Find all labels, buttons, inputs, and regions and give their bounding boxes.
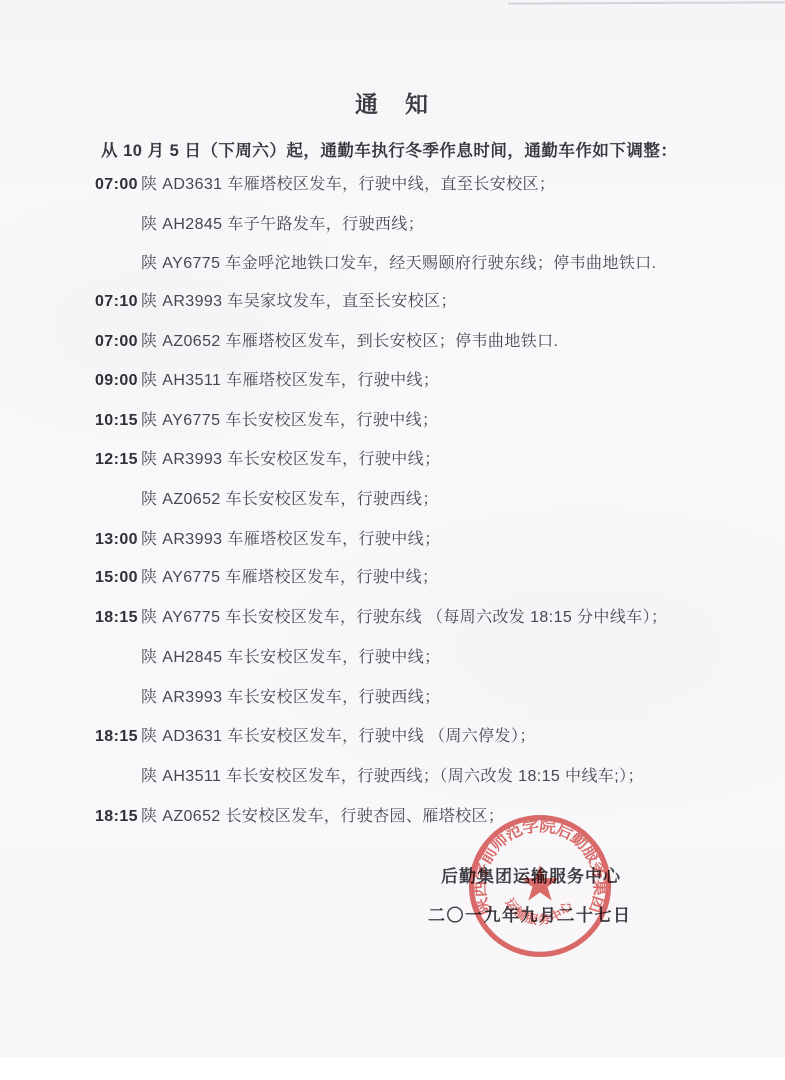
schedule-text: 陕 AR3993 车吴家坟发车，直至长安校区； — [141, 293, 457, 310]
schedule-time: 07:10 — [95, 292, 141, 312]
stamp-bottom-text: 运输服务中心 — [503, 895, 576, 927]
schedule-row: 09:00陕 AH3511 车雁塔校区发车，行驶中线； — [95, 371, 439, 391]
scan-edge-artifact — [508, 1, 785, 4]
schedule-text: 陕 AZ0652 车长安校区发车，行驶西线； — [141, 491, 439, 508]
schedule-text: 陕 AH3511 车雁塔校区发车，行驶中线； — [141, 372, 439, 389]
schedule-row: 10:15陕 AY6775 车长安校区发车，行驶中线； — [95, 411, 438, 431]
schedule-row: 07:00陕 AZ0652 车雁塔校区发车，到长安校区；停韦曲地铁口. — [95, 332, 558, 352]
schedule-text: 陕 AH2845 车长安校区发车，行驶中线； — [141, 649, 441, 666]
svg-text:运输服务中心: 运输服务中心 — [503, 895, 576, 927]
schedule-time: 10:15 — [95, 411, 141, 431]
schedule-text: 陕 AD3631 车雁塔校区发车，行驶中线，直至长安校区； — [141, 176, 555, 193]
schedule-text: 陕 AR3993 车雁塔校区发车，行驶中线； — [141, 531, 441, 548]
schedule-time: 18:15 — [95, 608, 141, 628]
schedule-text: 陕 AH3511 车长安校区发车，行驶西线；（周六改发 18:15 中线车;）； — [141, 768, 644, 785]
schedule-row: 18:15陕 AZ0652 长安校区发车，行驶杏园、雁塔校区； — [95, 807, 504, 827]
schedule-time: 18:15 — [95, 807, 141, 827]
schedule-row: 15:00陕 AY6775 车雁塔校区发车，行驶中线； — [95, 568, 438, 588]
schedule-time: 09:00 — [95, 371, 141, 391]
star-icon — [521, 865, 559, 901]
schedule-text: 陕 AR3993 车长安校区发车，行驶中线； — [141, 451, 441, 468]
schedule-row: 陕 AR3993 车长安校区发车，行驶西线； — [95, 688, 441, 708]
notice-title: 通 知 — [0, 86, 785, 119]
schedule-row: 18:15陕 AD3631 车长安校区发车，行驶中线 （周六停发）； — [95, 727, 536, 747]
schedule-row: 陕 AY6775 车金呼沱地铁口发车，经天赐颐府行驶东线；停韦曲地铁口. — [95, 254, 657, 274]
schedule-row: 13:00陕 AR3993 车雁塔校区发车，行驶中线； — [95, 530, 441, 550]
schedule-row: 07:00陕 AD3631 车雁塔校区发车，行驶中线，直至长安校区； — [95, 175, 555, 195]
schedule-text: 陕 AY6775 车金呼沱地铁口发车，经天赐颐府行驶东线；停韦曲地铁口. — [141, 255, 657, 272]
schedule-row: 陕 AH3511 车长安校区发车，行驶西线；（周六改发 18:15 中线车;）； — [95, 767, 644, 787]
schedule-row: 陕 AH2845 车子午路发车，行驶西线； — [95, 215, 424, 235]
scanned-notice-page: 通 知 从 10 月 5 日（下周六）起，通勤车执行冬季作息时间，通勤车作如下调… — [0, 0, 785, 1080]
notice-intro: 从 10 月 5 日（下周六）起，通勤车执行冬季作息时间，通勤车作如下调整： — [101, 137, 677, 161]
official-seal-stamp: 陕西学前师范学院后勤服务集团 运输服务中心 — [464, 810, 616, 962]
schedule-time: 15:00 — [95, 568, 141, 588]
schedule-text: 陕 AH2845 车子午路发车，行驶西线； — [141, 216, 424, 233]
schedule-text: 陕 AZ0652 长安校区发车，行驶杏园、雁塔校区； — [141, 808, 504, 825]
schedule-time: 18:15 — [95, 727, 141, 747]
schedule-row: 陕 AH2845 车长安校区发车，行驶中线； — [95, 648, 441, 668]
scan-bottom-margin — [0, 1057, 785, 1080]
schedule-time: 07:00 — [95, 175, 141, 195]
schedule-text: 陕 AZ0652 车雁塔校区发车，到长安校区；停韦曲地铁口. — [141, 333, 558, 350]
schedule-row: 陕 AZ0652 车长安校区发车，行驶西线； — [95, 490, 439, 510]
schedule-time: 12:15 — [95, 450, 141, 470]
schedule-row: 12:15陕 AR3993 车长安校区发车，行驶中线； — [95, 450, 441, 470]
schedule-text: 陕 AR3993 车长安校区发车，行驶西线； — [141, 689, 441, 706]
schedule-row: 07:10陕 AR3993 车吴家坟发车，直至长安校区； — [95, 292, 457, 312]
schedule-text: 陕 AY6775 车长安校区发车，行驶中线； — [141, 412, 438, 429]
schedule-text: 陕 AD3631 车长安校区发车，行驶中线 （周六停发）； — [141, 728, 536, 745]
schedule-text: 陕 AY6775 车长安校区发车，行驶东线 （每周六改发 18:15 分中线车）… — [141, 609, 667, 626]
schedule-time: 13:00 — [95, 530, 141, 550]
schedule-row: 18:15陕 AY6775 车长安校区发车，行驶东线 （每周六改发 18:15 … — [95, 608, 667, 628]
schedule-text: 陕 AY6775 车雁塔校区发车，行驶中线； — [141, 569, 438, 586]
schedule-time: 07:00 — [95, 332, 141, 352]
